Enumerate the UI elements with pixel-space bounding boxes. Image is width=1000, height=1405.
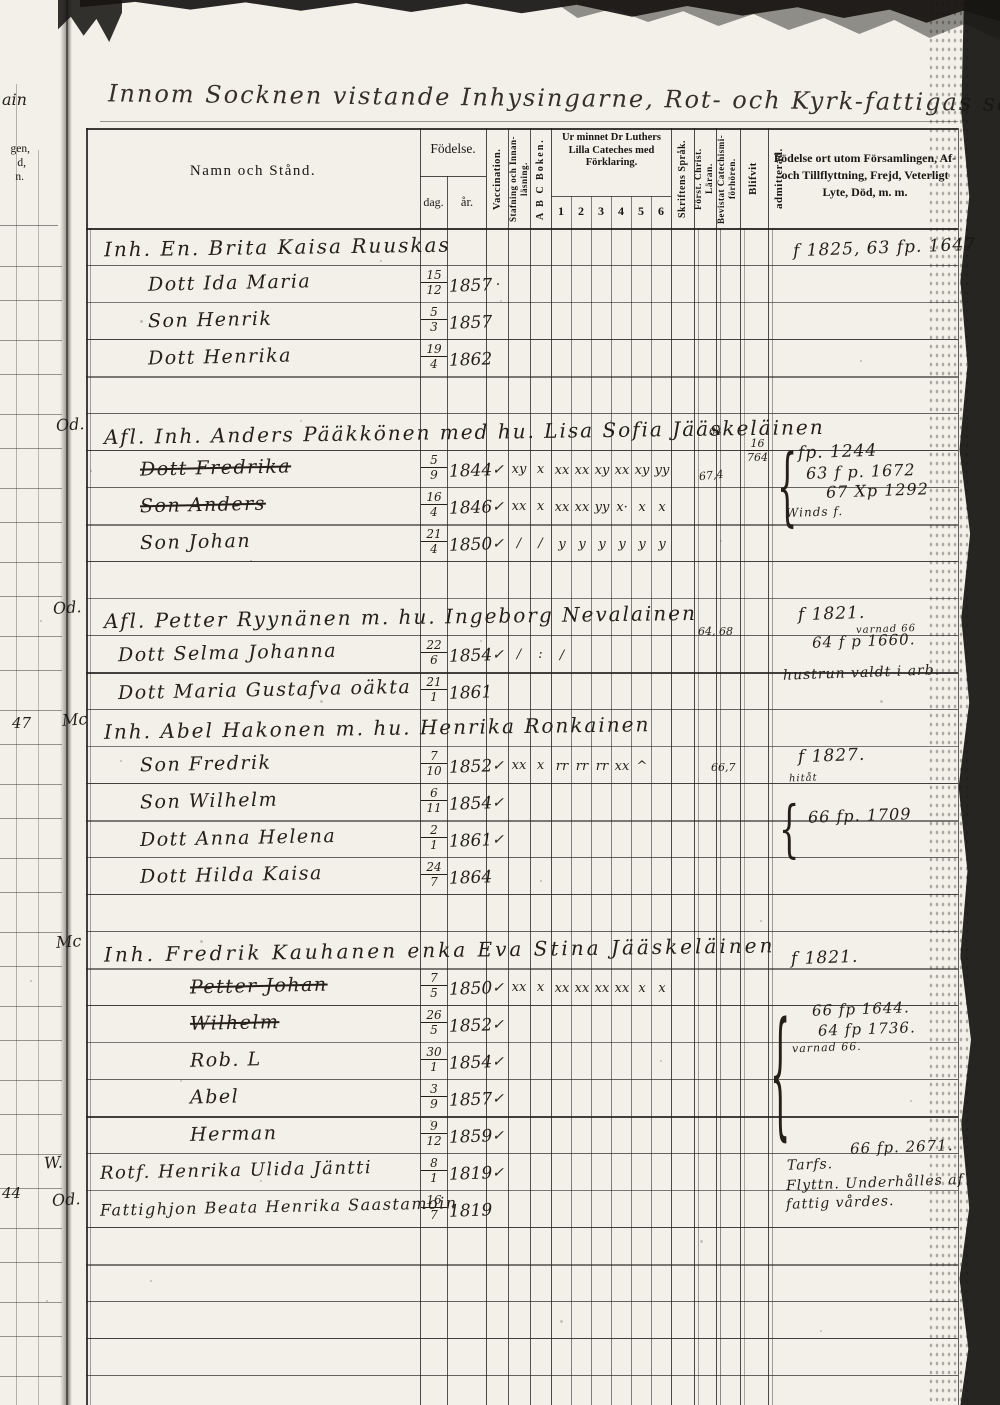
grid-line [0,225,58,226]
grid-line [100,121,958,122]
paper-speck [700,1240,703,1243]
birth-day: 30 [421,1046,447,1060]
birth-day: 16 [421,491,447,505]
grid-line [0,636,62,637]
catechism-subcol-4: 4 [611,205,631,219]
birth-day: 7 [421,972,447,986]
grid-line [0,1376,62,1377]
birth-month: 4 [421,542,447,555]
facing-page-fragment: n. [0,171,24,184]
birth-day: 7 [421,750,447,764]
birth-year: 1819 [449,1202,493,1220]
birth-day: 22 [421,639,447,653]
grid-line [0,374,62,375]
paper-speck [30,980,32,982]
member-name: Dott Hilda Kaisa [140,864,323,887]
side-note-brace: { [777,438,797,536]
small-note: 67,4 [698,469,724,483]
paper-speck [380,260,382,262]
abc-book-column-header: A B C Boken. [530,133,551,225]
paper-speck [660,1060,662,1062]
paper-speck [880,700,883,703]
grid-line [86,894,958,895]
grid-line [86,339,958,340]
member-name: Dott Henrika [148,346,292,368]
birth-day: 2 [421,824,447,838]
side-note: varnad 66 [856,624,916,636]
birth-year: 1861 [449,684,493,702]
birth-day-header: dag. [420,196,447,210]
mark-vaccination: ✓ [489,1166,507,1180]
mark-catechism: rr [553,760,571,773]
paper-speck [150,1280,152,1282]
admitted-note-top: 16 [747,438,768,451]
mark-vaccination: · [489,278,507,292]
birth-day-fraction: 59 [421,454,447,481]
mark-vaccination: ✓ [489,500,507,514]
birth-year: 1857 [449,1091,493,1109]
grid-line [0,710,62,711]
paper-speck [910,1100,912,1102]
register-sheet: Innom Socknen vistande Inhysingarne, Rot… [0,0,1000,1405]
grid-line [551,196,671,197]
mark-catechism: xx [573,501,591,514]
mark-vaccination: ✓ [489,833,507,847]
mark-catechism: y [653,538,671,551]
paper-speck [300,420,302,422]
birth-day: 9 [421,1120,447,1134]
entry-head: Inh. Abel Hakonen m. hu. Henrika Ronkain… [104,714,651,742]
member-name: Herman [190,1124,278,1145]
grid-line [86,709,958,710]
birth-year: 1862 [449,351,493,369]
grid-line [86,376,958,378]
paper-speck [480,640,482,642]
mark-catechism: x [633,982,651,995]
mark-abc-book: x [531,463,550,476]
birth-month: 5 [421,986,447,999]
birth-day-fraction: 81 [421,1157,447,1184]
member-name: Abel [190,1087,240,1107]
side-note: fp. 1244 [798,443,878,463]
handwritten-title: Innom Socknen vistande Inhysingarne, Rot… [108,81,1000,118]
understands-column-header: Först. Christ. Läran. [694,133,716,225]
small-note: 64 [709,428,722,438]
mark-catechism: xy [593,464,611,477]
side-note: f 1827. [798,747,866,766]
name-column-header: Namn och Stånd. [120,163,386,180]
paper-speck [250,560,252,562]
grid-line [0,488,62,489]
member-name: Dott Maria Gustafva oäkta [118,678,412,703]
grid-line [86,228,958,230]
catechism-subcol-6: 6 [651,205,671,219]
mark-catechism: xx [553,464,571,477]
grid-line [86,931,958,932]
side-note: fattig vårdes. [786,1194,895,1212]
birth-day: 5 [421,454,447,468]
paper-speck [140,320,143,323]
side-note-brace: { [779,795,799,866]
grid-line [86,524,958,526]
mark-vaccination: ✓ [489,981,507,995]
grid-line [0,1336,62,1337]
birth-day-fraction: 167 [421,1194,447,1221]
grid-line [0,966,62,967]
birth-day: 15 [421,269,447,283]
birth-day-fraction: 75 [421,972,447,999]
side-note: 67 Xp 1292 [826,481,929,501]
grid-line [0,784,62,785]
grid-line [694,128,695,1405]
grid-line [671,128,672,1405]
side-note: hitåt [789,774,818,785]
grid-line [0,670,62,671]
grid-line [551,128,552,1405]
mark-spelling: xx [509,981,529,994]
mark-spelling: / [509,537,529,550]
mark-catechism: rr [593,760,611,773]
far-left-number: 44 [2,1186,21,1201]
birth-day: 8 [421,1157,447,1171]
birth-month: 7 [421,1208,447,1221]
member-name: Petter Johan [190,976,328,998]
grid-line [86,783,958,784]
paper-speck [180,1080,182,1082]
birth-year: 1854 [449,1054,493,1072]
grid-line [0,1040,62,1041]
member-name: Fattighjon Beata Henrika Saastamoin [100,1195,458,1218]
member-name: Son Wilhelm [140,791,279,813]
mark-abc-book: : [531,648,550,661]
mark-catechism: x [653,501,671,514]
grid-line [0,1262,62,1263]
side-note: 66 fp. 1709 [808,806,912,826]
mark-catechism: y [573,538,591,551]
mark-catechism: x [633,501,651,514]
birth-month: 5 [421,1023,447,1036]
side-note: hustrun valdt i arb. [783,663,941,682]
side-note: 66 fp 1644. [812,1000,910,1018]
grid-line [0,596,62,597]
grid-line [86,598,958,599]
paper-speck [46,1300,48,1302]
birth-month: 1 [421,690,447,703]
page-gutter [60,0,72,1405]
grid-line [720,228,721,1405]
grid-line [0,414,62,415]
mark-catechism: xx [553,501,571,514]
mark-catechism: xx [573,982,591,995]
birth-year-header: år. [449,195,485,209]
member-name: Dott Ida Maria [148,272,312,294]
grid-line [86,413,958,414]
mark-catechism: x· [613,501,631,514]
side-note: Tarfs. [787,1157,834,1173]
grid-line [0,818,62,819]
vaccination-column-header: Vaccination. [487,133,508,225]
mark-catechism: x [653,982,671,995]
grid-line [0,1228,62,1229]
member-name: Son Johan [140,532,251,553]
mark-abc-book: x [531,759,550,772]
member-name: Son Fredrik [140,754,272,776]
mark-abc-book: x [531,981,550,994]
birth-day: 6 [421,787,447,801]
birth-year: 1844 [449,462,493,480]
birth-year: 1861 [449,832,493,850]
birth-day-fraction: 301 [421,1046,447,1073]
mark-abc-book: x [531,500,550,513]
spelling-column-header: Stafning och Innan-läsning. [508,133,530,225]
birth-month: 4 [421,505,447,518]
side-note-brace: { [770,996,790,1155]
grid-line [0,1080,62,1081]
grid-line [86,1079,958,1080]
catechism-subcol-5: 5 [631,205,651,219]
birth-year: 1857 [449,277,493,295]
mark-catechism: xx [613,464,631,477]
paper-speck [90,470,92,472]
mark-catechism: y [593,538,611,551]
catechism-subcol-2: 2 [571,205,591,219]
grid-line [447,176,448,1405]
paper-speck [860,360,862,362]
grid-line [768,128,769,1405]
birth-month: 4 [421,357,447,370]
paper-speck [540,880,542,882]
paper-speck [500,300,502,302]
mark-spelling: xx [509,500,529,513]
facing-page-fragment: gen, [0,143,30,156]
entry-head: Inh. Fredrik Kauhanen enka Eva Stina Jää… [104,935,776,964]
birth-day: 19 [421,343,447,357]
grid-line [0,1114,62,1115]
grid-line [0,858,62,859]
birth-month: 1 [421,1060,447,1073]
small-note: 66,7 [711,762,736,773]
grid-line [38,150,39,1405]
birth-day: 21 [421,528,447,542]
small-note: 64, 68 [698,626,733,637]
mark-catechism: y [553,538,571,551]
grid-line [772,228,773,1405]
mark-vaccination: ✓ [489,1129,507,1143]
birth-year: 1859 [449,1128,493,1146]
birth-year: 1857 [449,314,493,332]
facing-page-script-fragment: ain [2,92,27,108]
birth-month: 6 [421,653,447,666]
birth-day-fraction: 710 [421,750,447,777]
birth-year: 1854 [449,647,493,665]
side-note: 64 fp 1736. [818,1020,916,1038]
grid-line [90,228,91,1405]
catechism-subcol-1: 1 [551,205,571,219]
paper-speck [560,1320,563,1323]
grid-line [86,302,958,303]
birth-day: 26 [421,1009,447,1023]
side-note: f 1821. [798,605,866,624]
entry-head: Afl. Petter Ryynänen m. hu. Ingeborg Nev… [104,603,697,631]
birth-year: 1852 [449,758,493,776]
mark-catechism: rr [573,760,591,773]
birth-day-fraction: 211 [421,676,447,703]
attended-column-header: Bevistat Catechismi-förhören. [716,133,740,225]
grid-line [86,1264,958,1266]
mark-catechism: y [613,538,631,551]
birth-year: 1846 [449,499,493,517]
birth-day-fraction: 265 [421,1009,447,1036]
grid-line [0,1302,62,1303]
grid-line [698,228,699,1405]
grid-line [0,744,62,745]
birth-day: 24 [421,861,447,875]
grid-line [86,561,958,562]
scan-edge-right-noise [928,0,970,1405]
paper-speck [260,1180,262,1182]
birth-day: 3 [421,1083,447,1097]
birth-day-fraction: 194 [421,343,447,370]
mark-spelling: xx [509,759,529,772]
birth-column-header: Födelse. [420,141,486,157]
birth-day-fraction: 611 [421,787,447,814]
birth-month: 11 [421,801,447,814]
birth-day-fraction: 226 [421,639,447,666]
grid-line [0,892,62,893]
birth-year: 1819 [449,1165,493,1183]
grid-line [86,128,88,1405]
admitted-note-bottom: 764 [747,451,768,463]
paper-speck [40,620,42,622]
grid-line [0,522,62,523]
mark-catechism: y [633,538,651,551]
entry-head: Inh. En. Brita Kaisa Ruuskas [104,235,451,260]
mark-vaccination: ✓ [489,537,507,551]
grid-line [86,968,958,970]
birth-year: 1854 [449,795,493,813]
birth-day-fraction: 1512 [421,269,447,296]
mark-vaccination: ✓ [489,1018,507,1032]
birth-day-fraction: 164 [421,491,447,518]
mark-vaccination: ✓ [489,1055,507,1069]
grid-line [744,228,745,1405]
mark-catechism: / [553,649,571,662]
birth-year: 1850 [449,980,493,998]
mark-catechism: xy [633,464,651,477]
scanned-register-page: Innom Socknen vistande Inhysingarne, Rot… [0,0,1000,1405]
mark-catechism: xx [573,464,591,477]
mark-abc-book: / [531,537,550,550]
paper-speck [760,920,762,922]
mark-catechism: yy [593,501,611,514]
paper-speck [120,760,122,762]
birth-year: 1850 [449,536,493,554]
mark-spelling: xy [509,463,529,476]
birth-day: 16 [421,1194,447,1208]
mark-spelling: / [509,648,529,661]
paper-speck [720,540,722,542]
mark-catechism: xx [613,982,631,995]
grid-line [0,340,62,341]
small-note-fraction: 16764 [747,438,768,463]
member-name: Dott Anna Helena [140,827,337,850]
mark-catechism: yy [653,464,671,477]
catechism-column-header: Ur minnet Dr Luthers Lilla Cateches med … [552,132,671,170]
member-name: Rob. L [190,1050,262,1070]
side-note: varnad 66. [792,1041,862,1054]
mark-vaccination: ✓ [489,796,507,810]
paper-speck [430,1120,432,1122]
mark-catechism: xx [593,982,611,995]
mark-vaccination: ✓ [489,759,507,773]
mark-vaccination: ✓ [489,463,507,477]
paper-speck [610,420,612,422]
grid-line [0,1006,62,1007]
grid-line [740,128,741,1405]
grid-line [0,562,62,563]
birth-day-fraction: 912 [421,1120,447,1147]
member-name: Dott Fredrika [140,457,292,479]
birth-month: 3 [421,320,447,333]
birth-day: 5 [421,306,447,320]
grid-line [420,176,486,177]
birth-day-fraction: 53 [421,306,447,333]
paper-speck [320,700,323,703]
birth-month: 10 [421,764,447,777]
mark-vaccination: ✓ [489,648,507,662]
side-note: 63 f p. 1672 [806,462,916,482]
birth-month: 1 [421,838,447,851]
grid-line [0,448,62,449]
birth-day-fraction: 247 [421,861,447,888]
birth-month: 9 [421,468,447,481]
catechism-subcol-3: 3 [591,205,611,219]
facing-page-fragment: d, [0,157,26,170]
grid-line [86,857,958,858]
grid-line [86,128,958,130]
scripture-column-header: Skriftens Språk. [671,133,694,225]
birth-day: 21 [421,676,447,690]
birth-month: 1 [421,1171,447,1184]
grid-line [86,265,958,266]
admitted-column-header: Blifvit admitterad. [740,133,768,225]
member-name: Rotf. Henrika Ulida Jäntti [100,1159,373,1183]
birth-day-fraction: 21 [421,824,447,851]
grid-line [86,1301,958,1302]
grid-line [86,1227,958,1228]
paper-speck [820,1330,822,1332]
mark-catechism: xx [553,982,571,995]
member-name: Son Anders [140,495,266,517]
far-left-number: 47 [12,716,31,731]
grid-line [0,932,62,933]
birth-year: 1852 [449,1017,493,1035]
mark-vaccination: ✓ [489,1092,507,1106]
birth-month: 12 [421,1134,447,1147]
birth-month: 12 [421,283,447,296]
birth-year: 1864 [449,869,493,887]
grid-line [86,1116,958,1118]
side-note: f 1821. [791,949,859,968]
birth-month: 7 [421,875,447,888]
grid-line [0,300,62,301]
birth-month: 9 [421,1097,447,1110]
birth-day-fraction: 214 [421,528,447,555]
member-name: Wilhelm [190,1013,280,1034]
mark-catechism: xx [613,760,631,773]
member-name: Dott Selma Johanna [118,642,337,666]
member-name: Son Henrik [148,310,273,332]
